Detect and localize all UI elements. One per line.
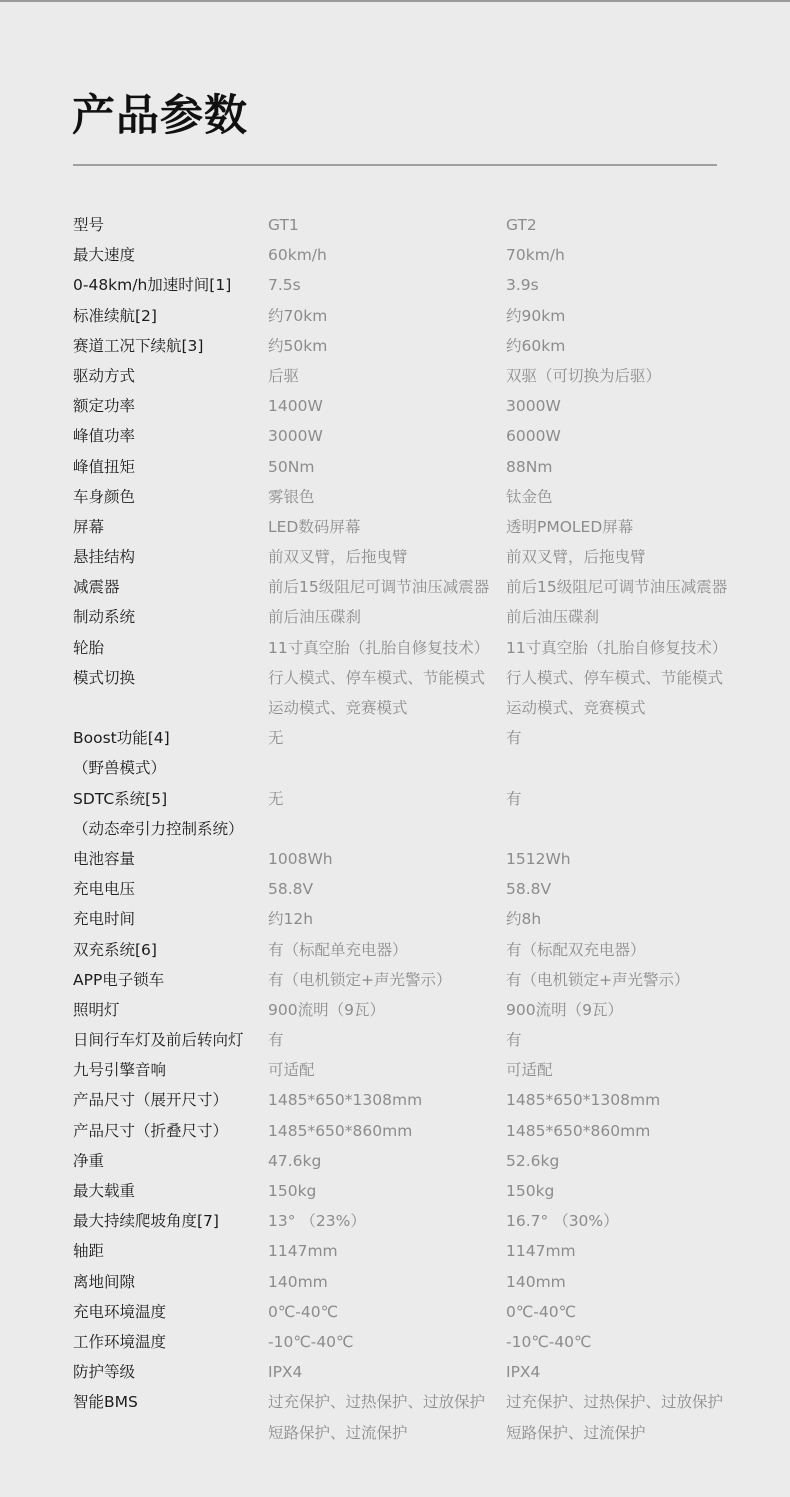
spec-label-text: 日间行车灯及前后转向灯 [73,1025,268,1055]
spec-value-text: 47.6kg [268,1146,506,1176]
spec-label-text: 峰值扭矩 [73,452,268,482]
spec-value-text: 1485*650*860mm [268,1116,506,1146]
spec-row: 充电环境温度0℃-40℃0℃-40℃ [73,1297,743,1327]
spec-value-gt1: 1485*650*1308mm [268,1085,506,1115]
spec-value-gt1: 约12h [268,904,506,934]
spec-label: 屏幕 [73,512,268,542]
spec-label: 充电环境温度 [73,1297,268,1327]
spec-value-gt2: 1485*650*1308mm [506,1085,660,1115]
spec-label: 型号 [73,210,268,240]
spec-value-gt1: 1400W [268,391,506,421]
spec-label: APP电子锁车 [73,965,268,995]
spec-value-gt2: 钛金色 [506,482,553,512]
spec-value-text: 11寸真空胎（扎胎自修复技术） [268,633,506,663]
spec-row: 智能BMS过充保护、过热保护、过放保护短路保护、过流保护过充保护、过热保护、过放… [73,1387,743,1447]
spec-value-text: 钛金色 [506,482,553,512]
spec-label-text: 智能BMS [73,1387,268,1417]
spec-row: 产品尺寸（折叠尺寸）1485*650*860mm1485*650*860mm [73,1116,743,1146]
spec-label-text: 最大持续爬坡角度[7] [73,1206,268,1236]
title-divider [73,164,717,166]
spec-value-gt2: 1147mm [506,1236,576,1266]
spec-value-text: 88Nm [506,452,552,482]
spec-label-text: 充电环境温度 [73,1297,268,1327]
spec-label-text: 防护等级 [73,1357,268,1387]
spec-value-text: 约12h [268,904,506,934]
spec-row: 型号GT1GT2 [73,210,743,240]
spec-label-text: 制动系统 [73,602,268,632]
spec-value-text: 前后15级阻尼可调节油压减震器 [268,572,506,602]
spec-label: 峰值扭矩 [73,452,268,482]
spec-row: 防护等级IPX4IPX4 [73,1357,743,1387]
spec-label-text: Boost功能[4] [73,723,268,753]
spec-label-text: 赛道工况下续航[3] [73,331,268,361]
spec-value-text: 约60km [506,331,565,361]
spec-value-gt2: 11寸真空胎（扎胎自修复技术） [506,633,727,663]
spec-value-gt2: 58.8V [506,874,551,904]
spec-label: 减震器 [73,572,268,602]
spec-value-text: 7.5s [268,270,506,300]
spec-row: 双充系统[6]有（标配单充电器）有（标配双充电器） [73,935,743,965]
spec-label: 峰值功率 [73,421,268,451]
spec-row: 轮胎11寸真空胎（扎胎自修复技术）11寸真空胎（扎胎自修复技术） [73,633,743,663]
spec-value-gt1: 11寸真空胎（扎胎自修复技术） [268,633,506,663]
spec-value-text: 短路保护、过流保护 [268,1418,506,1448]
spec-label: 额定功率 [73,391,268,421]
spec-value-gt2: 1512Wh [506,844,571,874]
spec-label-text: 屏幕 [73,512,268,542]
spec-value-text: 过充保护、过热保护、过放保护 [268,1387,506,1417]
spec-label: 模式切换 [73,663,268,693]
spec-value-gt2: 有（电机锁定+声光警示） [506,965,690,995]
spec-value-gt2: GT2 [506,210,537,240]
spec-value-text: 有 [506,1025,522,1055]
spec-value-text: 900流明（9瓦） [506,995,623,1025]
spec-label: 轴距 [73,1236,268,1266]
spec-value-text: 无 [268,784,506,814]
spec-value-gt2: IPX4 [506,1357,540,1387]
spec-value-gt2: 有 [506,723,522,753]
spec-value-text: GT2 [506,210,537,240]
spec-label: 产品尺寸（展开尺寸） [73,1085,268,1115]
spec-label: 充电时间 [73,904,268,934]
spec-label-text: 峰值功率 [73,421,268,451]
spec-label: 防护等级 [73,1357,268,1387]
spec-label-text: 额定功率 [73,391,268,421]
spec-value-text: 有（电机锁定+声光警示） [506,965,690,995]
spec-value-gt2: 88Nm [506,452,552,482]
spec-value-gt1: 无 [268,784,506,814]
spec-label-text: 双充系统[6] [73,935,268,965]
spec-value-gt2: 前后油压碟刹 [506,602,599,632]
spec-value-text: 150kg [268,1176,506,1206]
spec-value-gt1: 雾银色 [268,482,506,512]
spec-value-text: 1485*650*860mm [506,1116,650,1146]
spec-value-text: 约70km [268,301,506,331]
spec-value-gt2: 140mm [506,1267,566,1297]
spec-label: 0-48km/h加速时间[1] [73,270,268,300]
spec-row: 照明灯900流明（9瓦）900流明（9瓦） [73,995,743,1025]
spec-value-gt1: 150kg [268,1176,506,1206]
spec-value-text: 58.8V [506,874,551,904]
spec-value-text: 3.9s [506,270,539,300]
spec-value-gt1: -10℃-40℃ [268,1327,506,1357]
spec-value-gt1: 60km/h [268,240,506,270]
spec-value-gt2: 可适配 [506,1055,553,1085]
spec-value-text: 1147mm [506,1236,576,1266]
page-title: 产品参数 [72,88,248,144]
spec-row: SDTC系统[5]（动态牵引力控制系统）无有 [73,784,743,844]
spec-value-gt2: 1485*650*860mm [506,1116,650,1146]
spec-value-gt2: 900流明（9瓦） [506,995,623,1025]
spec-value-text: 行人模式、停车模式、节能模式 [268,663,506,693]
spec-label: 悬挂结构 [73,542,268,572]
spec-value-text: 有（标配双充电器） [506,935,646,965]
spec-value-text: 6000W [506,421,561,451]
spec-label-text: 充电电压 [73,874,268,904]
spec-row: 最大速度60km/h70km/h [73,240,743,270]
spec-row: 驱动方式后驱双驱（可切换为后驱） [73,361,743,391]
spec-label-text: 九号引擎音响 [73,1055,268,1085]
spec-value-gt1: 无 [268,723,506,753]
spec-row: 离地间隙140mm140mm [73,1267,743,1297]
spec-value-text: 雾银色 [268,482,506,512]
spec-row: 峰值功率3000W6000W [73,421,743,451]
spec-value-text: 150kg [506,1176,554,1206]
spec-value-text: -10℃-40℃ [506,1327,591,1357]
spec-value-text: 前双叉臂，后拖曳臂 [268,542,506,572]
spec-value-gt1: IPX4 [268,1357,506,1387]
spec-value-gt1: 过充保护、过热保护、过放保护短路保护、过流保护 [268,1387,506,1447]
spec-value-gt2: 有 [506,784,522,814]
spec-value-gt2: 行人模式、停车模式、节能模式运动模式、竞赛模式 [506,663,723,723]
spec-label: 净重 [73,1146,268,1176]
spec-value-gt2: 有（标配双充电器） [506,935,646,965]
spec-value-gt2: 透明PMOLED屏幕 [506,512,633,542]
spec-row: 工作环境温度-10℃-40℃-10℃-40℃ [73,1327,743,1357]
spec-label-text: 轴距 [73,1236,268,1266]
spec-value-text: 0℃-40℃ [268,1297,506,1327]
spec-label: Boost功能[4]（野兽模式） [73,723,268,783]
spec-value-gt1: 0℃-40℃ [268,1297,506,1327]
spec-value-gt1: 前双叉臂，后拖曳臂 [268,542,506,572]
spec-value-text: 过充保护、过热保护、过放保护 [506,1387,723,1417]
spec-value-text: 行人模式、停车模式、节能模式 [506,663,723,693]
spec-value-gt2: 52.6kg [506,1146,559,1176]
spec-row: 车身颜色雾银色钛金色 [73,482,743,512]
spec-table: 型号GT1GT2最大速度60km/h70km/h0-48km/h加速时间[1]7… [73,210,743,1448]
spec-value-text: 约8h [506,904,541,934]
spec-value-text: 有 [506,723,522,753]
spec-value-text: 可适配 [506,1055,553,1085]
spec-label: 日间行车灯及前后转向灯 [73,1025,268,1055]
spec-label-text: 模式切换 [73,663,268,693]
spec-value-gt2: 过充保护、过热保护、过放保护短路保护、过流保护 [506,1387,723,1447]
spec-value-text: 双驱（可切换为后驱） [506,361,661,391]
top-divider [0,0,790,2]
spec-value-text: 140mm [506,1267,566,1297]
spec-value-text: 1485*650*1308mm [268,1085,506,1115]
spec-value-text: 透明PMOLED屏幕 [506,512,633,542]
spec-value-text: 50Nm [268,452,506,482]
spec-label: 标准续航[2] [73,301,268,331]
spec-label: 双充系统[6] [73,935,268,965]
spec-label: SDTC系统[5]（动态牵引力控制系统） [73,784,268,844]
spec-value-text: GT1 [268,210,506,240]
spec-value-text: 有 [506,784,522,814]
spec-value-gt1: 有（电机锁定+声光警示） [268,965,506,995]
spec-row: 充电电压58.8V58.8V [73,874,743,904]
spec-value-gt2: 0℃-40℃ [506,1297,576,1327]
spec-value-gt1: 58.8V [268,874,506,904]
spec-label-text: 照明灯 [73,995,268,1025]
spec-value-text: LED数码屏幕 [268,512,506,542]
spec-label-text: 驱动方式 [73,361,268,391]
spec-row: 悬挂结构前双叉臂，后拖曳臂前双叉臂，后拖曳臂 [73,542,743,572]
spec-value-gt1: LED数码屏幕 [268,512,506,542]
spec-value-text: 短路保护、过流保护 [506,1418,723,1448]
spec-label: 智能BMS [73,1387,268,1417]
spec-label: 电池容量 [73,844,268,874]
spec-label: 最大持续爬坡角度[7] [73,1206,268,1236]
spec-row: 模式切换行人模式、停车模式、节能模式运动模式、竞赛模式行人模式、停车模式、节能模… [73,663,743,723]
spec-row: 九号引擎音响可适配可适配 [73,1055,743,1085]
spec-label-text: 标准续航[2] [73,301,268,331]
spec-value-gt1: 约70km [268,301,506,331]
spec-row: 充电时间约12h约8h [73,904,743,934]
spec-value-gt2: 3.9s [506,270,539,300]
spec-value-text: 3000W [506,391,561,421]
spec-value-text: 16.7° （30%） [506,1206,619,1236]
spec-value-gt1: 3000W [268,421,506,451]
spec-label-text: 悬挂结构 [73,542,268,572]
spec-label-text: 净重 [73,1146,268,1176]
spec-value-text: -10℃-40℃ [268,1327,506,1357]
spec-label-text: 轮胎 [73,633,268,663]
spec-label-text: 电池容量 [73,844,268,874]
spec-value-gt2: -10℃-40℃ [506,1327,591,1357]
spec-value-text: IPX4 [506,1357,540,1387]
spec-label-text: 产品尺寸（展开尺寸） [73,1085,268,1115]
spec-value-text: 900流明（9瓦） [268,995,506,1025]
spec-value-text: 58.8V [268,874,506,904]
spec-value-gt2: 前双叉臂，后拖曳臂 [506,542,646,572]
spec-row: 最大载重150kg150kg [73,1176,743,1206]
spec-row: 最大持续爬坡角度[7]13° （23%）16.7° （30%） [73,1206,743,1236]
spec-label: 车身颜色 [73,482,268,512]
spec-label: 制动系统 [73,602,268,632]
spec-label-text: （野兽模式） [73,753,268,783]
spec-value-gt2: 16.7° （30%） [506,1206,619,1236]
spec-value-gt1: 7.5s [268,270,506,300]
spec-label-text: 最大速度 [73,240,268,270]
spec-label-text: SDTC系统[5] [73,784,268,814]
spec-value-gt1: 前后15级阻尼可调节油压减震器 [268,572,506,602]
spec-value-text: 60km/h [268,240,506,270]
spec-value-gt1: 行人模式、停车模式、节能模式运动模式、竞赛模式 [268,663,506,723]
spec-label: 最大载重 [73,1176,268,1206]
spec-value-gt2: 3000W [506,391,561,421]
spec-value-gt2: 约90km [506,301,565,331]
spec-value-text: 运动模式、竞赛模式 [506,693,723,723]
spec-value-gt1: 140mm [268,1267,506,1297]
spec-value-text: 1147mm [268,1236,506,1266]
spec-row: 产品尺寸（展开尺寸）1485*650*1308mm1485*650*1308mm [73,1085,743,1115]
spec-label-text: 型号 [73,210,268,240]
spec-value-gt2: 150kg [506,1176,554,1206]
spec-value-text: 后驱 [268,361,506,391]
spec-value-gt1: 有 [268,1025,506,1055]
spec-row: 轴距1147mm1147mm [73,1236,743,1266]
spec-row: Boost功能[4]（野兽模式）无有 [73,723,743,783]
spec-value-gt1: 900流明（9瓦） [268,995,506,1025]
spec-value-text: 前双叉臂，后拖曳臂 [506,542,646,572]
spec-value-text: 0℃-40℃ [506,1297,576,1327]
spec-label-text: 0-48km/h加速时间[1] [73,270,268,300]
spec-value-text: 约50km [268,331,506,361]
spec-value-text: 无 [268,723,506,753]
spec-label: 赛道工况下续航[3] [73,331,268,361]
spec-row: 额定功率1400W3000W [73,391,743,421]
spec-label: 轮胎 [73,633,268,663]
spec-value-gt2: 70km/h [506,240,565,270]
spec-label-text: （动态牵引力控制系统） [73,814,268,844]
spec-value-text: 140mm [268,1267,506,1297]
spec-value-gt1: 1147mm [268,1236,506,1266]
spec-value-gt1: 约50km [268,331,506,361]
spec-label: 充电电压 [73,874,268,904]
spec-row: APP电子锁车有（电机锁定+声光警示）有（电机锁定+声光警示） [73,965,743,995]
spec-value-text: 有（电机锁定+声光警示） [268,965,506,995]
spec-value-text: 13° （23%） [268,1206,506,1236]
spec-row: 标准续航[2]约70km约90km [73,301,743,331]
spec-label-text: 减震器 [73,572,268,602]
spec-value-gt1: 13° （23%） [268,1206,506,1236]
spec-value-gt1: 后驱 [268,361,506,391]
spec-value-text: 前后15级阻尼可调节油压减震器 [506,572,727,602]
spec-row: 电池容量1008Wh1512Wh [73,844,743,874]
spec-value-text: 运动模式、竞赛模式 [268,693,506,723]
spec-value-text: 约90km [506,301,565,331]
spec-value-gt1: 50Nm [268,452,506,482]
spec-value-text: 前后油压碟刹 [506,602,599,632]
spec-row: 屏幕LED数码屏幕透明PMOLED屏幕 [73,512,743,542]
spec-value-gt2: 约60km [506,331,565,361]
spec-label-text: 最大载重 [73,1176,268,1206]
spec-value-text: IPX4 [268,1357,506,1387]
spec-row: 制动系统前后油压碟刹前后油压碟刹 [73,602,743,632]
spec-label-text: APP电子锁车 [73,965,268,995]
spec-value-text: 前后油压碟刹 [268,602,506,632]
spec-label: 产品尺寸（折叠尺寸） [73,1116,268,1146]
spec-row: 0-48km/h加速时间[1]7.5s3.9s [73,270,743,300]
spec-label: 最大速度 [73,240,268,270]
spec-value-text: 1485*650*1308mm [506,1085,660,1115]
spec-value-gt1: 前后油压碟刹 [268,602,506,632]
spec-value-gt1: GT1 [268,210,506,240]
spec-value-gt2: 前后15级阻尼可调节油压减震器 [506,572,727,602]
spec-value-gt1: 可适配 [268,1055,506,1085]
spec-row: 净重47.6kg52.6kg [73,1146,743,1176]
spec-value-text: 11寸真空胎（扎胎自修复技术） [506,633,727,663]
spec-row: 赛道工况下续航[3]约50km约60km [73,331,743,361]
spec-label: 离地间隙 [73,1267,268,1297]
spec-value-text: 可适配 [268,1055,506,1085]
spec-value-text: 1512Wh [506,844,571,874]
spec-value-text: 有（标配单充电器） [268,935,506,965]
spec-value-gt2: 双驱（可切换为后驱） [506,361,661,391]
spec-label-text: 产品尺寸（折叠尺寸） [73,1116,268,1146]
spec-label-text: 工作环境温度 [73,1327,268,1357]
spec-value-text: 1008Wh [268,844,506,874]
spec-value-gt2: 约8h [506,904,541,934]
spec-label: 照明灯 [73,995,268,1025]
spec-label-text: 车身颜色 [73,482,268,512]
spec-label-text: 离地间隙 [73,1267,268,1297]
spec-value-gt1: 1008Wh [268,844,506,874]
spec-value-text: 有 [268,1025,506,1055]
spec-row: 日间行车灯及前后转向灯有有 [73,1025,743,1055]
spec-value-gt1: 有（标配单充电器） [268,935,506,965]
spec-label: 九号引擎音响 [73,1055,268,1085]
spec-value-gt2: 有 [506,1025,522,1055]
spec-value-gt1: 1485*650*860mm [268,1116,506,1146]
spec-value-gt2: 6000W [506,421,561,451]
spec-value-gt1: 47.6kg [268,1146,506,1176]
spec-value-text: 3000W [268,421,506,451]
spec-value-text: 1400W [268,391,506,421]
spec-label-text: 充电时间 [73,904,268,934]
spec-row: 减震器前后15级阻尼可调节油压减震器前后15级阻尼可调节油压减震器 [73,572,743,602]
spec-value-text: 70km/h [506,240,565,270]
spec-label: 驱动方式 [73,361,268,391]
spec-row: 峰值扭矩50Nm88Nm [73,452,743,482]
spec-value-text: 52.6kg [506,1146,559,1176]
spec-label: 工作环境温度 [73,1327,268,1357]
